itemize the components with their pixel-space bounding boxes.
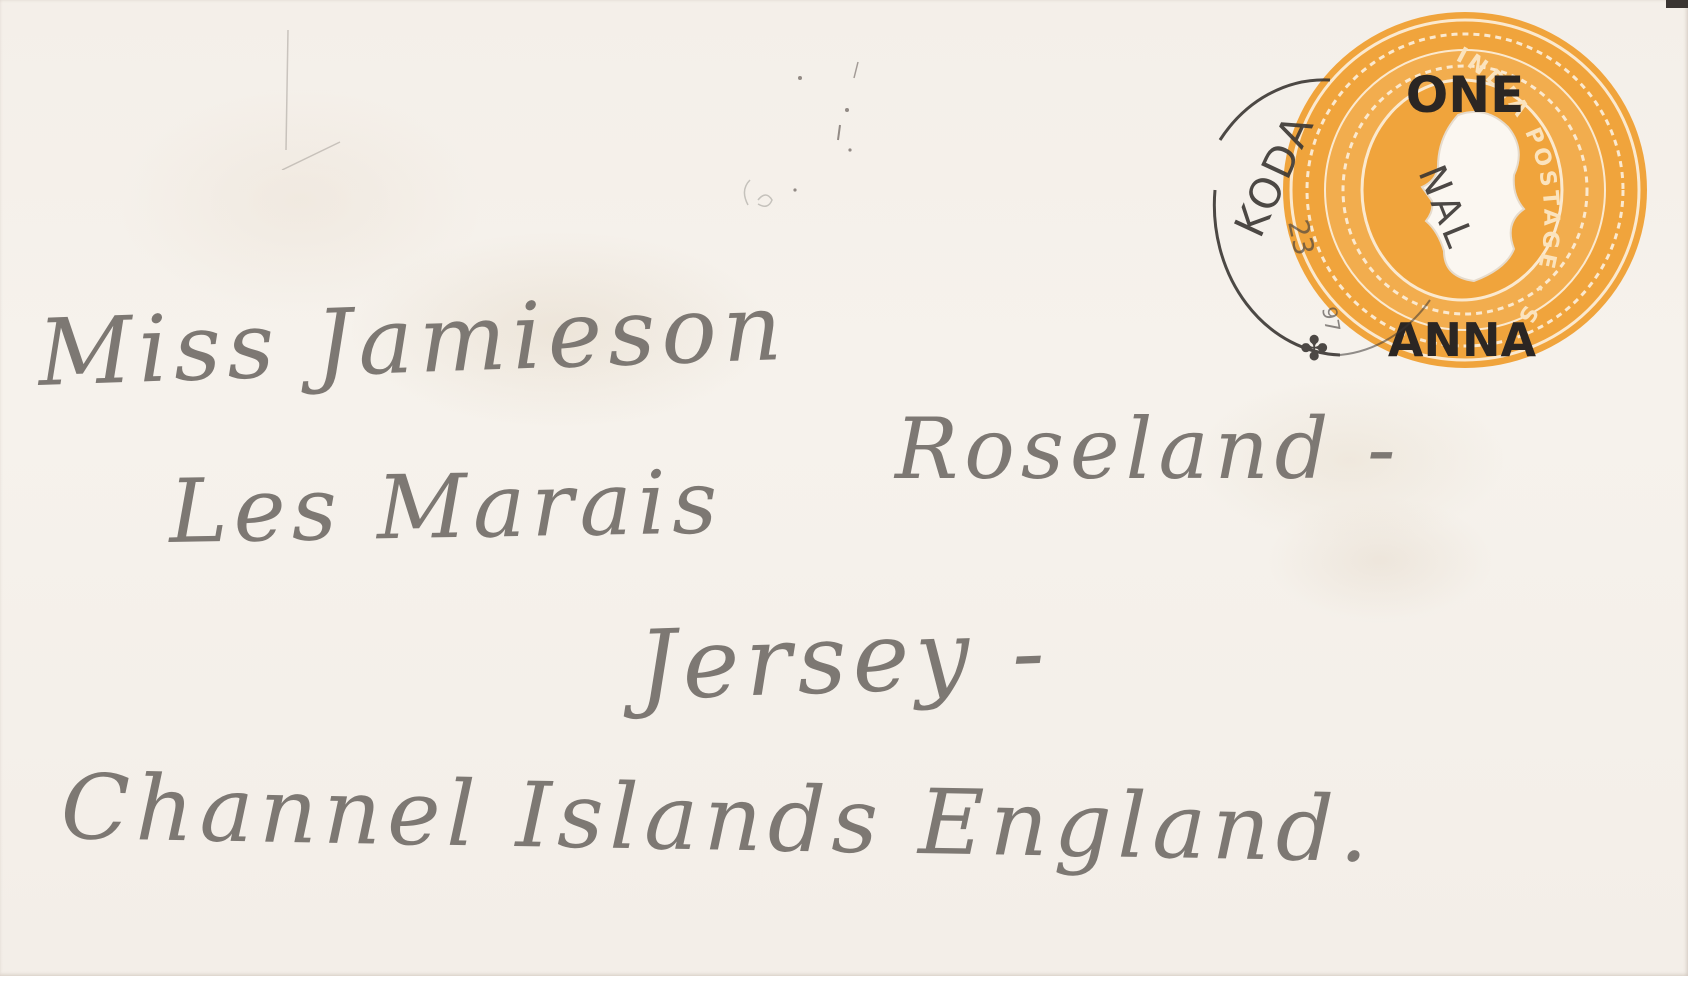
faint-ink-specks <box>640 30 870 220</box>
postmark-ornament: ✤ <box>1300 329 1329 369</box>
faint-pencil-mark <box>260 20 380 170</box>
address-line-locality: Les Marais <box>168 450 724 563</box>
stamp-overprint-one: ONE <box>1406 66 1525 124</box>
scan-edge-shadow <box>1666 0 1688 8</box>
stamp-overprint-anna: ANNA <box>1388 313 1537 367</box>
address-line-recipient: Miss Jamieson <box>36 274 789 407</box>
envelope: Miss Jamieson Roseland - Les Marais Jers… <box>0 0 1688 976</box>
stamp-area: INDIA POSTAGE · SIX PIES ONE ANNA KODA N… <box>1100 0 1660 420</box>
stamp: INDIA POSTAGE · SIX PIES ONE ANNA <box>1100 0 1647 368</box>
postmark-date: 23 <box>1281 217 1321 259</box>
stamp-and-postmark: INDIA POSTAGE · SIX PIES ONE ANNA KODA N… <box>1100 0 1660 420</box>
address-line-country: Channel Islands England. <box>60 755 1375 883</box>
address-line-island: Jersey - <box>636 596 1052 722</box>
